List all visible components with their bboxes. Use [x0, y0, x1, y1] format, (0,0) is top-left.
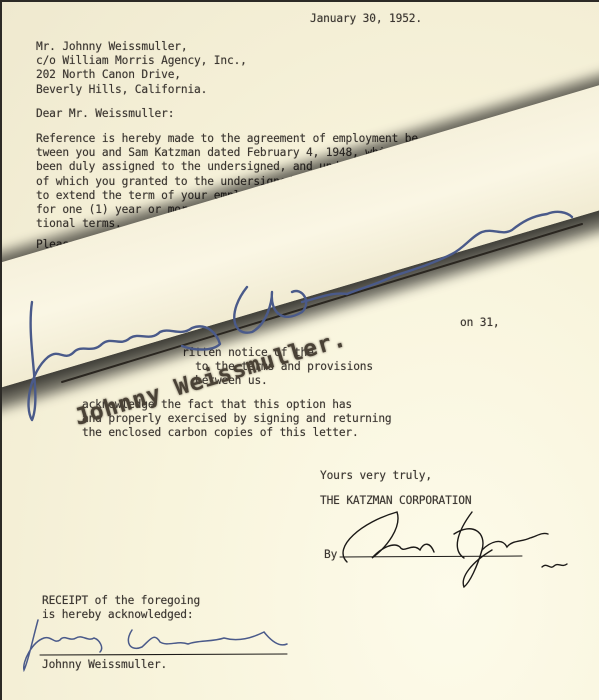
katzman-signature	[340, 512, 567, 587]
closing: Yours very truly,	[320, 469, 432, 483]
typed-name: Johnny Weissmuller.	[42, 658, 167, 672]
recipient-address: Mr. Johnny Weissmuller, c/o William Morr…	[36, 40, 247, 97]
letter-page: January 30, 1952. Mr. Johnny Weissmuller…	[2, 2, 599, 700]
receipt-acknowledgement: RECEIPT of the foregoing is hereby ackno…	[42, 594, 200, 622]
salutation: Dear Mr. Weissmuller:	[36, 107, 174, 121]
by-label: By	[324, 548, 337, 562]
paragraph-3-fragment-a: on 31,	[460, 316, 500, 330]
letter-date: January 30, 1952.	[310, 12, 422, 26]
company-name: THE KATZMAN CORPORATION	[320, 494, 471, 508]
